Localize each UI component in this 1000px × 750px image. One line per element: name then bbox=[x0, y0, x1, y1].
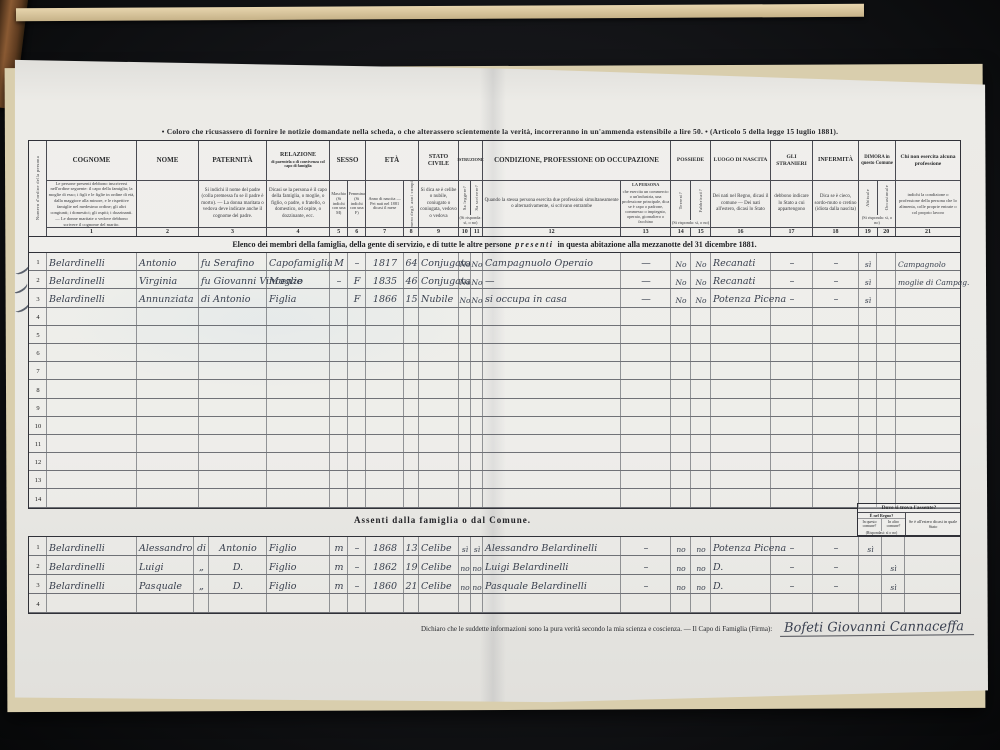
cell-fabbricati bbox=[690, 362, 710, 379]
cell-femmina bbox=[347, 399, 365, 416]
cell-condizione bbox=[482, 417, 620, 434]
col-number: 10 bbox=[459, 228, 470, 236]
head-of-family-signature: Bofeti Giovanni Cannaceffa bbox=[780, 619, 974, 637]
cell-sa-scrivere bbox=[470, 594, 482, 612]
col-number: 11 bbox=[470, 228, 482, 236]
sa-leggere-note: Sa leggere? bbox=[462, 186, 467, 210]
declaration-text: Dichiaro che le suddette informazioni so… bbox=[421, 625, 772, 633]
cell-stato-civile: Celibe bbox=[418, 537, 458, 555]
cell-relazione bbox=[266, 489, 329, 506]
cell-condizione: — bbox=[482, 271, 620, 288]
la-persona-note: che esercita un commercio o un'industria… bbox=[621, 189, 670, 226]
col-number: 18 bbox=[813, 227, 858, 236]
dimora-label: DIMORA in questo Comune bbox=[859, 141, 895, 181]
cell-condizione: Luigi Belardinelli bbox=[482, 556, 620, 574]
cell-terreni: no bbox=[670, 556, 690, 574]
cell-anni bbox=[403, 344, 418, 361]
cell-dimora-occasionale bbox=[876, 362, 895, 379]
cell-luogo-nascita bbox=[710, 489, 770, 506]
cell-chi-non-esercita bbox=[895, 289, 960, 306]
row-number: 3 bbox=[29, 289, 46, 306]
cell-relazione bbox=[266, 326, 329, 343]
cell-dimora-abituale bbox=[858, 417, 876, 434]
cell-condizione-2 bbox=[620, 489, 670, 506]
cell-dimora-occasionale bbox=[876, 253, 895, 270]
cell-dove-questo-comune bbox=[858, 575, 881, 593]
cell-maschio bbox=[329, 326, 347, 343]
cell-femmina bbox=[347, 417, 365, 434]
cell-cognome: Belardinelli bbox=[46, 253, 136, 270]
cell-stato-civile bbox=[418, 308, 458, 325]
cell-sa-scrivere bbox=[470, 489, 482, 506]
cell-anni bbox=[403, 326, 418, 343]
cell-maschio bbox=[329, 380, 347, 397]
cell-chi-non-esercita bbox=[895, 326, 960, 343]
cell-anni bbox=[403, 594, 418, 612]
cell-chi-non-esercita bbox=[895, 435, 960, 452]
cell-stato-civile bbox=[418, 471, 458, 488]
cell-nome bbox=[136, 399, 198, 416]
cell-sa-scrivere bbox=[470, 399, 482, 416]
cell-fabbricati: no bbox=[690, 537, 710, 555]
cell-anni bbox=[403, 471, 418, 488]
cell-luogo-nascita: D. bbox=[710, 575, 770, 593]
cell-paternita: di Antonio bbox=[198, 289, 266, 306]
cell-cognome bbox=[46, 326, 136, 343]
cell-terreni bbox=[670, 308, 690, 325]
cell-luogo-nascita: Recanati bbox=[710, 271, 770, 288]
cell-terreni bbox=[670, 362, 690, 379]
cell-padre: D. bbox=[208, 556, 266, 574]
cell-stranieri bbox=[770, 344, 812, 361]
cell-padre: Antonio bbox=[208, 537, 266, 555]
cell-cognome bbox=[46, 399, 136, 416]
cognome-label: COGNOME bbox=[47, 141, 136, 181]
cell-stranieri bbox=[770, 489, 812, 506]
cell-anno-nascita bbox=[365, 435, 403, 452]
cell-sa-scrivere bbox=[470, 435, 482, 452]
cell-anni bbox=[403, 399, 418, 416]
cell-condizione-2 bbox=[620, 326, 670, 343]
cell-dove-questo-comune bbox=[858, 556, 881, 574]
cell-sa-leggere bbox=[458, 594, 470, 612]
cell-stranieri bbox=[770, 308, 812, 325]
census-row: 11 bbox=[29, 435, 960, 453]
cell-dimora-abituale bbox=[858, 453, 876, 470]
cell-nome bbox=[136, 326, 198, 343]
cell-cognome bbox=[46, 489, 136, 506]
col-stato-civile: STATO CIVILE Si dica se è celibe o nubil… bbox=[418, 141, 458, 236]
cell-chi-non-esercita bbox=[895, 471, 960, 488]
cell-cognome: Belardinelli bbox=[46, 537, 136, 555]
cell-anni bbox=[403, 453, 418, 470]
cell-condizione-2 bbox=[620, 380, 670, 397]
cell-anno-nascita bbox=[365, 362, 403, 379]
cell-relazione: Figlia bbox=[266, 289, 329, 306]
cell-sa-scrivere: no bbox=[470, 556, 482, 574]
cell-di: „ bbox=[193, 575, 208, 593]
cell-stranieri: – bbox=[770, 537, 812, 555]
cell-sa-scrivere bbox=[470, 308, 482, 325]
cell-sa-leggere: No bbox=[458, 271, 470, 288]
census-row: 13 bbox=[29, 471, 960, 489]
col-number: 12 bbox=[483, 228, 620, 236]
cell-stato-civile: Conjugato bbox=[418, 253, 458, 270]
occasionale-note: Occasionale bbox=[884, 185, 889, 210]
cell-nome bbox=[136, 380, 198, 397]
cell-luogo-nascita bbox=[710, 417, 770, 434]
col-number: 21 bbox=[896, 227, 960, 236]
cell-dove-altro-comune bbox=[881, 594, 904, 612]
cell-dimora-occasionale bbox=[876, 326, 895, 343]
dove-estero: Se è all'estero dicasi in quale Stato bbox=[905, 513, 960, 535]
possiede-shared-note: (Si risponda: sì, o no) bbox=[671, 220, 710, 227]
cell-stranieri: – bbox=[770, 289, 812, 306]
cell-cognome bbox=[46, 362, 136, 379]
cell-fabbricati bbox=[690, 344, 710, 361]
cell-maschio: m bbox=[329, 575, 347, 593]
cognome-note: Le persone presenti debbono inscriversi … bbox=[47, 181, 136, 227]
terreni-note: Terreni? bbox=[678, 192, 683, 209]
cell-relazione bbox=[266, 308, 329, 325]
cell-fabbricati bbox=[690, 471, 710, 488]
cell-sa-leggere: no bbox=[458, 556, 470, 574]
cell-di: „ bbox=[193, 556, 208, 574]
cell-stranieri: – bbox=[770, 575, 812, 593]
cell-luogo-nascita bbox=[710, 435, 770, 452]
cell-maschio bbox=[329, 453, 347, 470]
row-number: 2 bbox=[29, 271, 46, 288]
abituale-note: Abituale bbox=[865, 189, 870, 207]
row-number: 4 bbox=[29, 308, 46, 325]
cell-femmina: F bbox=[347, 271, 365, 288]
cell-luogo-nascita bbox=[710, 308, 770, 325]
cell-dove-altro-comune: sì bbox=[881, 556, 904, 574]
cell-sa-scrivere bbox=[470, 453, 482, 470]
cell-anno-nascita: 1860 bbox=[365, 575, 403, 593]
cell-condizione-2: — bbox=[620, 253, 670, 270]
cell-terreni: No bbox=[670, 289, 690, 306]
cell-nome: Alessandro bbox=[136, 537, 193, 555]
cell-chi-non-esercita bbox=[895, 380, 960, 397]
cell-sa-leggere bbox=[458, 399, 470, 416]
cell-paternita bbox=[198, 308, 266, 325]
cell-nome bbox=[136, 362, 198, 379]
row-number: 10 bbox=[29, 417, 46, 434]
row-number: 12 bbox=[29, 453, 46, 470]
dove-risposta-note: (Rispondasi: sì o no) bbox=[858, 531, 905, 535]
cell-luogo-nascita bbox=[710, 380, 770, 397]
cell-infermita bbox=[812, 380, 858, 397]
assenti-table: 1 Belardinelli Alessandro di Antonio Fig… bbox=[28, 536, 961, 614]
cell-fabbricati bbox=[690, 417, 710, 434]
row-number: 9 bbox=[29, 399, 46, 416]
census-row: 9 bbox=[29, 399, 960, 417]
cell-relazione bbox=[266, 380, 329, 397]
cell-condizione-2 bbox=[620, 594, 670, 612]
cell-terreni bbox=[670, 417, 690, 434]
cell-anno-nascita: 1868 bbox=[365, 537, 403, 555]
cell-cognome bbox=[46, 471, 136, 488]
col-nome: NOME 2 bbox=[136, 141, 198, 236]
numero-label: Numero d'ordine della persona bbox=[35, 156, 40, 220]
cell-femmina: – bbox=[347, 575, 365, 593]
row-number: 5 bbox=[29, 326, 46, 343]
photo-background: • Coloro che ricusassero di fornire le n… bbox=[0, 0, 1000, 750]
cell-maschio bbox=[329, 399, 347, 416]
cell-condizione-2: — bbox=[620, 271, 670, 288]
row-number: 6 bbox=[29, 344, 46, 361]
cell-terreni bbox=[670, 453, 690, 470]
cell-cognome: Belardinelli bbox=[46, 289, 136, 306]
cell-stato-civile: Celibe bbox=[418, 575, 458, 593]
cell-dimora-occasionale bbox=[876, 271, 895, 288]
col-eta: ETÀ Anno di nascita — Pei nati nel 1881 … bbox=[365, 141, 418, 236]
cell-luogo-nascita bbox=[710, 471, 770, 488]
cell-stranieri: – bbox=[770, 253, 812, 270]
cell-terreni bbox=[670, 594, 690, 612]
cell-terreni: No bbox=[670, 253, 690, 270]
cell-condizione bbox=[482, 380, 620, 397]
cell-femmina: – bbox=[347, 556, 365, 574]
cell-paternita: fu Serafino bbox=[198, 253, 266, 270]
cell-dimora-occasionale bbox=[876, 417, 895, 434]
cell-sa-scrivere: No bbox=[470, 271, 482, 288]
cell-luogo-nascita bbox=[710, 326, 770, 343]
cell-di bbox=[193, 594, 208, 612]
cell-condizione bbox=[482, 308, 620, 325]
col-numero: Numero d'ordine della persona bbox=[29, 141, 46, 236]
row-number: 13 bbox=[29, 471, 46, 488]
cell-nome bbox=[136, 594, 193, 612]
cell-anno-nascita bbox=[365, 399, 403, 416]
cell-condizione bbox=[482, 362, 620, 379]
cell-di: di bbox=[193, 537, 208, 555]
cell-nome: Annunziata bbox=[136, 289, 198, 306]
cell-infermita: – bbox=[812, 271, 858, 288]
cell-dimora-abituale bbox=[858, 399, 876, 416]
cell-cognome: Belardinelli bbox=[46, 271, 136, 288]
cell-maschio bbox=[329, 489, 347, 506]
cell-condizione bbox=[482, 326, 620, 343]
cell-nome: Virginia bbox=[136, 271, 198, 288]
assente-row: 2 Belardinelli Luigi „ D. Figlio m – 186… bbox=[29, 556, 960, 575]
cell-infermita: – bbox=[812, 537, 858, 555]
row-number: 7 bbox=[29, 362, 46, 379]
cell-stato-civile: Celibe bbox=[418, 556, 458, 574]
cell-femmina bbox=[347, 435, 365, 452]
cell-anno-nascita: 1817 bbox=[365, 253, 403, 270]
cell-terreni bbox=[670, 471, 690, 488]
col-number: 3 bbox=[199, 227, 266, 236]
cell-anno-nascita bbox=[365, 453, 403, 470]
stranieri-label: GLI STRANIERI bbox=[771, 141, 812, 181]
cell-chi-non-esercita bbox=[895, 344, 960, 361]
cell-sa-scrivere: no bbox=[470, 575, 482, 593]
dove-altro-comune: In altro comune? bbox=[881, 519, 905, 531]
cell-relazione: Moglie bbox=[266, 271, 329, 288]
cell-cognome bbox=[46, 435, 136, 452]
cell-chi-non-esercita: moglie di Campag. bbox=[895, 271, 960, 288]
cell-femmina bbox=[347, 326, 365, 343]
paternita-label: PATERNITÀ bbox=[199, 141, 266, 181]
cell-dove-altro-comune bbox=[881, 537, 904, 555]
cell-luogo-nascita: D. bbox=[710, 556, 770, 574]
cell-sa-leggere bbox=[458, 308, 470, 325]
census-row: 5 bbox=[29, 326, 960, 344]
cell-luogo-nascita bbox=[710, 594, 770, 612]
cell-dove-estero bbox=[904, 556, 960, 574]
cell-stato-civile bbox=[418, 489, 458, 506]
cell-maschio bbox=[329, 471, 347, 488]
col-infermita: INFERMITÀ Dica se è cieco, sordo-muto o … bbox=[812, 141, 858, 236]
luogo-label: LUOGO DI NASCITA bbox=[711, 141, 770, 181]
cell-stranieri: – bbox=[770, 271, 812, 288]
cell-nome: Pasquale bbox=[136, 575, 193, 593]
table-header: Numero d'ordine della persona COGNOME Le… bbox=[29, 141, 960, 237]
assente-row: 4 bbox=[29, 594, 960, 613]
col-number: 16 bbox=[711, 227, 770, 236]
cell-stato-civile bbox=[418, 399, 458, 416]
cell-cognome: Belardinelli bbox=[46, 556, 136, 574]
cell-condizione bbox=[482, 471, 620, 488]
stato-label: STATO CIVILE bbox=[419, 141, 458, 181]
cell-stato-civile bbox=[418, 326, 458, 343]
cell-stato-civile bbox=[418, 362, 458, 379]
census-sheet: • Coloro che ricusassero di fornire le n… bbox=[12, 56, 988, 706]
femmina-note: Femmina (Si indichi con una F) bbox=[348, 191, 365, 218]
cell-dimora-occasionale bbox=[876, 289, 895, 306]
cell-infermita bbox=[812, 594, 858, 612]
census-row: 4 bbox=[29, 308, 960, 326]
cell-fabbricati bbox=[690, 399, 710, 416]
cell-dimora-occasionale bbox=[876, 453, 895, 470]
cell-infermita: – bbox=[812, 253, 858, 270]
cell-anno-nascita: 1862 bbox=[365, 556, 403, 574]
cell-dimora-abituale bbox=[858, 471, 876, 488]
cell-terreni bbox=[670, 380, 690, 397]
col-dimora: DIMORA in questo Comune Abituale Occasio… bbox=[858, 141, 895, 236]
cell-anno-nascita bbox=[365, 344, 403, 361]
cell-dimora-occasionale bbox=[876, 435, 895, 452]
census-row: 1 Belardinelli Antonio fu Serafino Capof… bbox=[29, 253, 960, 271]
cell-stranieri bbox=[770, 417, 812, 434]
cell-sa-leggere bbox=[458, 344, 470, 361]
cell-infermita: – bbox=[812, 575, 858, 593]
cell-anni bbox=[403, 435, 418, 452]
cell-paternita bbox=[198, 417, 266, 434]
cell-condizione-2: — bbox=[620, 289, 670, 306]
cell-terreni bbox=[670, 489, 690, 506]
col-cognome: COGNOME Le persone presenti debbono insc… bbox=[46, 141, 136, 236]
cell-femmina bbox=[347, 594, 365, 612]
cell-anno-nascita: 1866 bbox=[365, 289, 403, 306]
cell-relazione: Figlio bbox=[266, 575, 329, 593]
cell-fabbricati: No bbox=[690, 253, 710, 270]
cell-cognome bbox=[46, 308, 136, 325]
cell-chi-non-esercita: Campagnolo bbox=[895, 253, 960, 270]
elenco-title: Elenco dei membri della famiglia, della … bbox=[29, 237, 960, 253]
cell-condizione-2 bbox=[620, 362, 670, 379]
cell-infermita bbox=[812, 489, 858, 506]
cell-nome bbox=[136, 308, 198, 325]
cell-fabbricati bbox=[690, 435, 710, 452]
cell-fabbricati: no bbox=[690, 556, 710, 574]
cell-dimora-occasionale bbox=[876, 380, 895, 397]
col-relazione: RELAZIONE di parentela o di convivenza c… bbox=[266, 141, 329, 236]
cell-anno-nascita bbox=[365, 380, 403, 397]
cell-relazione bbox=[266, 453, 329, 470]
cell-maschio bbox=[329, 594, 347, 612]
cell-nome bbox=[136, 489, 198, 506]
cell-maschio bbox=[329, 289, 347, 306]
eta-label: ETÀ bbox=[366, 141, 418, 181]
cell-relazione bbox=[266, 417, 329, 434]
nome-label: NOME bbox=[137, 141, 198, 181]
cell-stranieri bbox=[770, 471, 812, 488]
cell-condizione-2 bbox=[620, 399, 670, 416]
cell-condizione-2 bbox=[620, 453, 670, 470]
col-stranieri: GLI STRANIERI debbono indicare lo Stato … bbox=[770, 141, 812, 236]
cell-femmina: F bbox=[347, 289, 365, 306]
cell-relazione: Figlio bbox=[266, 556, 329, 574]
cell-dimora-abituale bbox=[858, 308, 876, 325]
census-row: 12 bbox=[29, 453, 960, 471]
cell-luogo-nascita bbox=[710, 453, 770, 470]
cell-padre bbox=[208, 594, 266, 612]
col-number: 19 bbox=[859, 228, 877, 236]
col-number: 2 bbox=[137, 227, 198, 236]
cell-condizione-2 bbox=[620, 471, 670, 488]
cell-sa-scrivere: No bbox=[470, 253, 482, 270]
cell-anni bbox=[403, 308, 418, 325]
cell-cognome bbox=[46, 417, 136, 434]
col-number: 15 bbox=[690, 228, 710, 236]
cell-stranieri bbox=[770, 453, 812, 470]
cell-condizione: Pasquale Belardinelli bbox=[482, 575, 620, 593]
cell-sa-leggere bbox=[458, 453, 470, 470]
cell-maschio bbox=[329, 344, 347, 361]
cell-stranieri bbox=[770, 435, 812, 452]
cell-dimora-occasionale bbox=[876, 308, 895, 325]
cell-femmina: – bbox=[347, 537, 365, 555]
row-number: 11 bbox=[29, 435, 46, 452]
cell-cognome: Belardinelli bbox=[46, 575, 136, 593]
col-possiede: POSSIEDE Terreni? Fabbricati? (Si rispon… bbox=[670, 141, 710, 236]
assenti-title: Assenti dalla famiglia o dal Comune. bbox=[28, 515, 857, 525]
cell-paternita bbox=[198, 435, 266, 452]
cell-dimora-abituale bbox=[858, 435, 876, 452]
cell-infermita bbox=[812, 326, 858, 343]
cell-condizione-2 bbox=[620, 308, 670, 325]
cell-paternita bbox=[198, 471, 266, 488]
cell-infermita bbox=[812, 471, 858, 488]
cell-fabbricati bbox=[690, 594, 710, 612]
col-number: 20 bbox=[877, 228, 896, 236]
row-number: 4 bbox=[29, 594, 46, 612]
cell-condizione: Campagnuolo Operaio bbox=[482, 253, 620, 270]
census-row: 6 bbox=[29, 344, 960, 362]
cell-paternita bbox=[198, 344, 266, 361]
row-number: 1 bbox=[29, 537, 46, 555]
cell-femmina: – bbox=[347, 253, 365, 270]
cell-fabbricati: No bbox=[690, 289, 710, 306]
cell-anni: 13 bbox=[403, 537, 418, 555]
cell-condizione bbox=[482, 594, 620, 612]
cell-dove-questo-comune: sì bbox=[858, 537, 881, 555]
cell-stranieri bbox=[770, 399, 812, 416]
cell-maschio: – bbox=[329, 271, 347, 288]
